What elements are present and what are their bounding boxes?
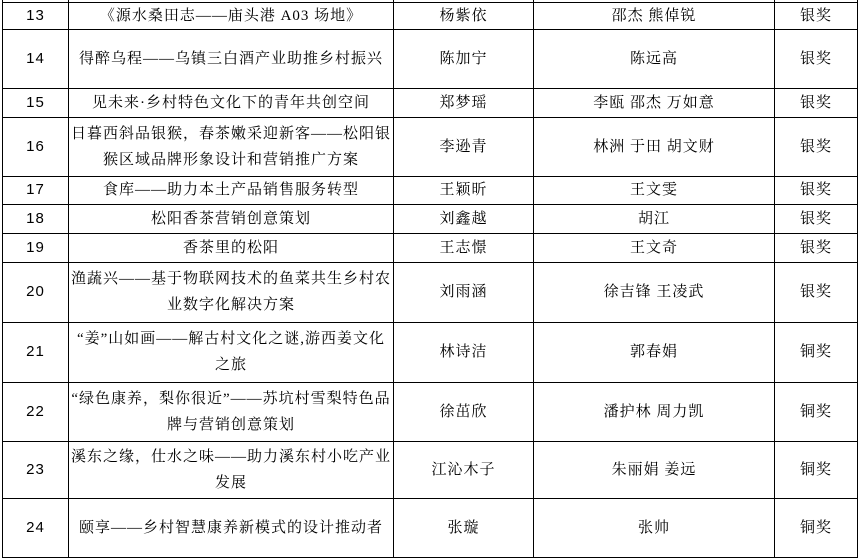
cell-award-level: 银奖 (775, 176, 858, 204)
cell-advisor-names: 邵杰 熊倬锐 (534, 2, 775, 29)
cell-entry-title: 颐享——乡村智慧康养新模式的设计推动者 (69, 498, 394, 557)
table-row: 22 “绿色康养，梨你很近”——苏坑村雪梨特色品牌与营销创意策划 徐茁欣 潘护林… (3, 382, 858, 441)
table-row: 19 香茶里的松阳 王志憬 王文奇 银奖 (3, 233, 858, 262)
cell-entry-title: 香茶里的松阳 (69, 233, 394, 262)
table-row: 14 得醉乌程——乌镇三白酒产业助推乡村振兴 陈加宁 陈远高 银奖 (3, 29, 858, 88)
cell-award-level: 铜奖 (775, 382, 858, 441)
award-table: 13 《源水桑田志——庙头港 A03 场地》 杨紫依 邵杰 熊倬锐 银奖 14 … (2, 0, 858, 558)
cell-row-number: 22 (3, 382, 69, 441)
cell-entry-title: 食库——助力本土产品销售服务转型 (69, 176, 394, 204)
cell-row-number: 16 (3, 117, 69, 176)
cell-entry-title: 日暮西斜品银猴，春茶嫩采迎新客——松阳银猴区域品牌形象设计和营销推广方案 (69, 117, 394, 176)
table-row: 21 “姜”山如画——解古村文化之谜,游西姜文化之旅 林诗洁 郭春娟 铜奖 (3, 322, 858, 382)
table-row: 18 松阳香茶营销创意策划 刘鑫越 胡江 银奖 (3, 204, 858, 233)
award-list-page: 13 《源水桑田志——庙头港 A03 场地》 杨紫依 邵杰 熊倬锐 银奖 14 … (0, 0, 858, 559)
table-row: 13 《源水桑田志——庙头港 A03 场地》 杨紫依 邵杰 熊倬锐 银奖 (3, 2, 858, 29)
table-row: 16 日暮西斜品银猴，春茶嫩采迎新客——松阳银猴区域品牌形象设计和营销推广方案 … (3, 117, 858, 176)
cell-row-number: 24 (3, 498, 69, 557)
cell-row-number: 14 (3, 29, 69, 88)
cell-advisor-names: 李瓯 邵杰 万如意 (534, 88, 775, 117)
cell-entry-title: 松阳香茶营销创意策划 (69, 204, 394, 233)
cell-entry-title: 《源水桑田志——庙头港 A03 场地》 (69, 2, 394, 29)
cell-author-name: 江沁木子 (394, 441, 534, 498)
cell-advisor-names: 王文奇 (534, 233, 775, 262)
table-row: 24 颐享——乡村智慧康养新模式的设计推动者 张璇 张帅 铜奖 (3, 498, 858, 557)
cell-advisor-names: 林洲 于田 胡文财 (534, 117, 775, 176)
cell-row-number: 15 (3, 88, 69, 117)
cell-advisor-names: 潘护林 周力凯 (534, 382, 775, 441)
table-row: 17 食库——助力本土产品销售服务转型 王颖昕 王文雯 银奖 (3, 176, 858, 204)
table-row: 15 见未来·乡村特色文化下的青年共创空间 郑梦瑶 李瓯 邵杰 万如意 银奖 (3, 88, 858, 117)
cell-row-number: 13 (3, 2, 69, 29)
cell-author-name: 陈加宁 (394, 29, 534, 88)
cell-entry-title: 溪东之缘，仕水之味——助力溪东村小吃产业发展 (69, 441, 394, 498)
cell-row-number: 23 (3, 441, 69, 498)
cell-row-number: 19 (3, 233, 69, 262)
cell-advisor-names: 张帅 (534, 498, 775, 557)
award-table-body: 13 《源水桑田志——庙头港 A03 场地》 杨紫依 邵杰 熊倬锐 银奖 14 … (3, 0, 858, 557)
cell-row-number: 18 (3, 204, 69, 233)
cell-award-level: 铜奖 (775, 441, 858, 498)
cell-entry-title: “绿色康养，梨你很近”——苏坑村雪梨特色品牌与营销创意策划 (69, 382, 394, 441)
cell-advisor-names: 胡江 (534, 204, 775, 233)
cell-entry-title: 渔蔬兴——基于物联网技术的鱼菜共生乡村农业数字化解决方案 (69, 262, 394, 322)
cell-award-level: 银奖 (775, 29, 858, 88)
cell-award-level: 铜奖 (775, 322, 858, 382)
cell-award-level: 银奖 (775, 2, 858, 29)
cell-award-level: 银奖 (775, 233, 858, 262)
cell-row-number: 21 (3, 322, 69, 382)
cell-advisor-names: 王文雯 (534, 176, 775, 204)
table-row: 23 溪东之缘，仕水之味——助力溪东村小吃产业发展 江沁木子 朱丽娟 姜远 铜奖 (3, 441, 858, 498)
cell-award-level: 银奖 (775, 88, 858, 117)
cell-author-name: 刘雨涵 (394, 262, 534, 322)
cell-award-level: 铜奖 (775, 498, 858, 557)
cell-entry-title: 见未来·乡村特色文化下的青年共创空间 (69, 88, 394, 117)
cell-award-level: 银奖 (775, 204, 858, 233)
cell-row-number: 17 (3, 176, 69, 204)
cell-author-name: 刘鑫越 (394, 204, 534, 233)
cell-author-name: 杨紫依 (394, 2, 534, 29)
cell-author-name: 张璇 (394, 498, 534, 557)
cell-author-name: 林诗洁 (394, 322, 534, 382)
cell-entry-title: 得醉乌程——乌镇三白酒产业助推乡村振兴 (69, 29, 394, 88)
cell-author-name: 李逊青 (394, 117, 534, 176)
cell-row-number: 20 (3, 262, 69, 322)
cell-author-name: 徐茁欣 (394, 382, 534, 441)
cell-advisor-names: 陈远高 (534, 29, 775, 88)
cell-author-name: 王颖昕 (394, 176, 534, 204)
cell-award-level: 银奖 (775, 262, 858, 322)
table-row: 20 渔蔬兴——基于物联网技术的鱼菜共生乡村农业数字化解决方案 刘雨涵 徐吉锋 … (3, 262, 858, 322)
cell-author-name: 王志憬 (394, 233, 534, 262)
cell-author-name: 郑梦瑶 (394, 88, 534, 117)
cell-entry-title: “姜”山如画——解古村文化之谜,游西姜文化之旅 (69, 322, 394, 382)
cell-advisor-names: 徐吉锋 王凌武 (534, 262, 775, 322)
cell-advisor-names: 朱丽娟 姜远 (534, 441, 775, 498)
cell-award-level: 银奖 (775, 117, 858, 176)
cell-advisor-names: 郭春娟 (534, 322, 775, 382)
